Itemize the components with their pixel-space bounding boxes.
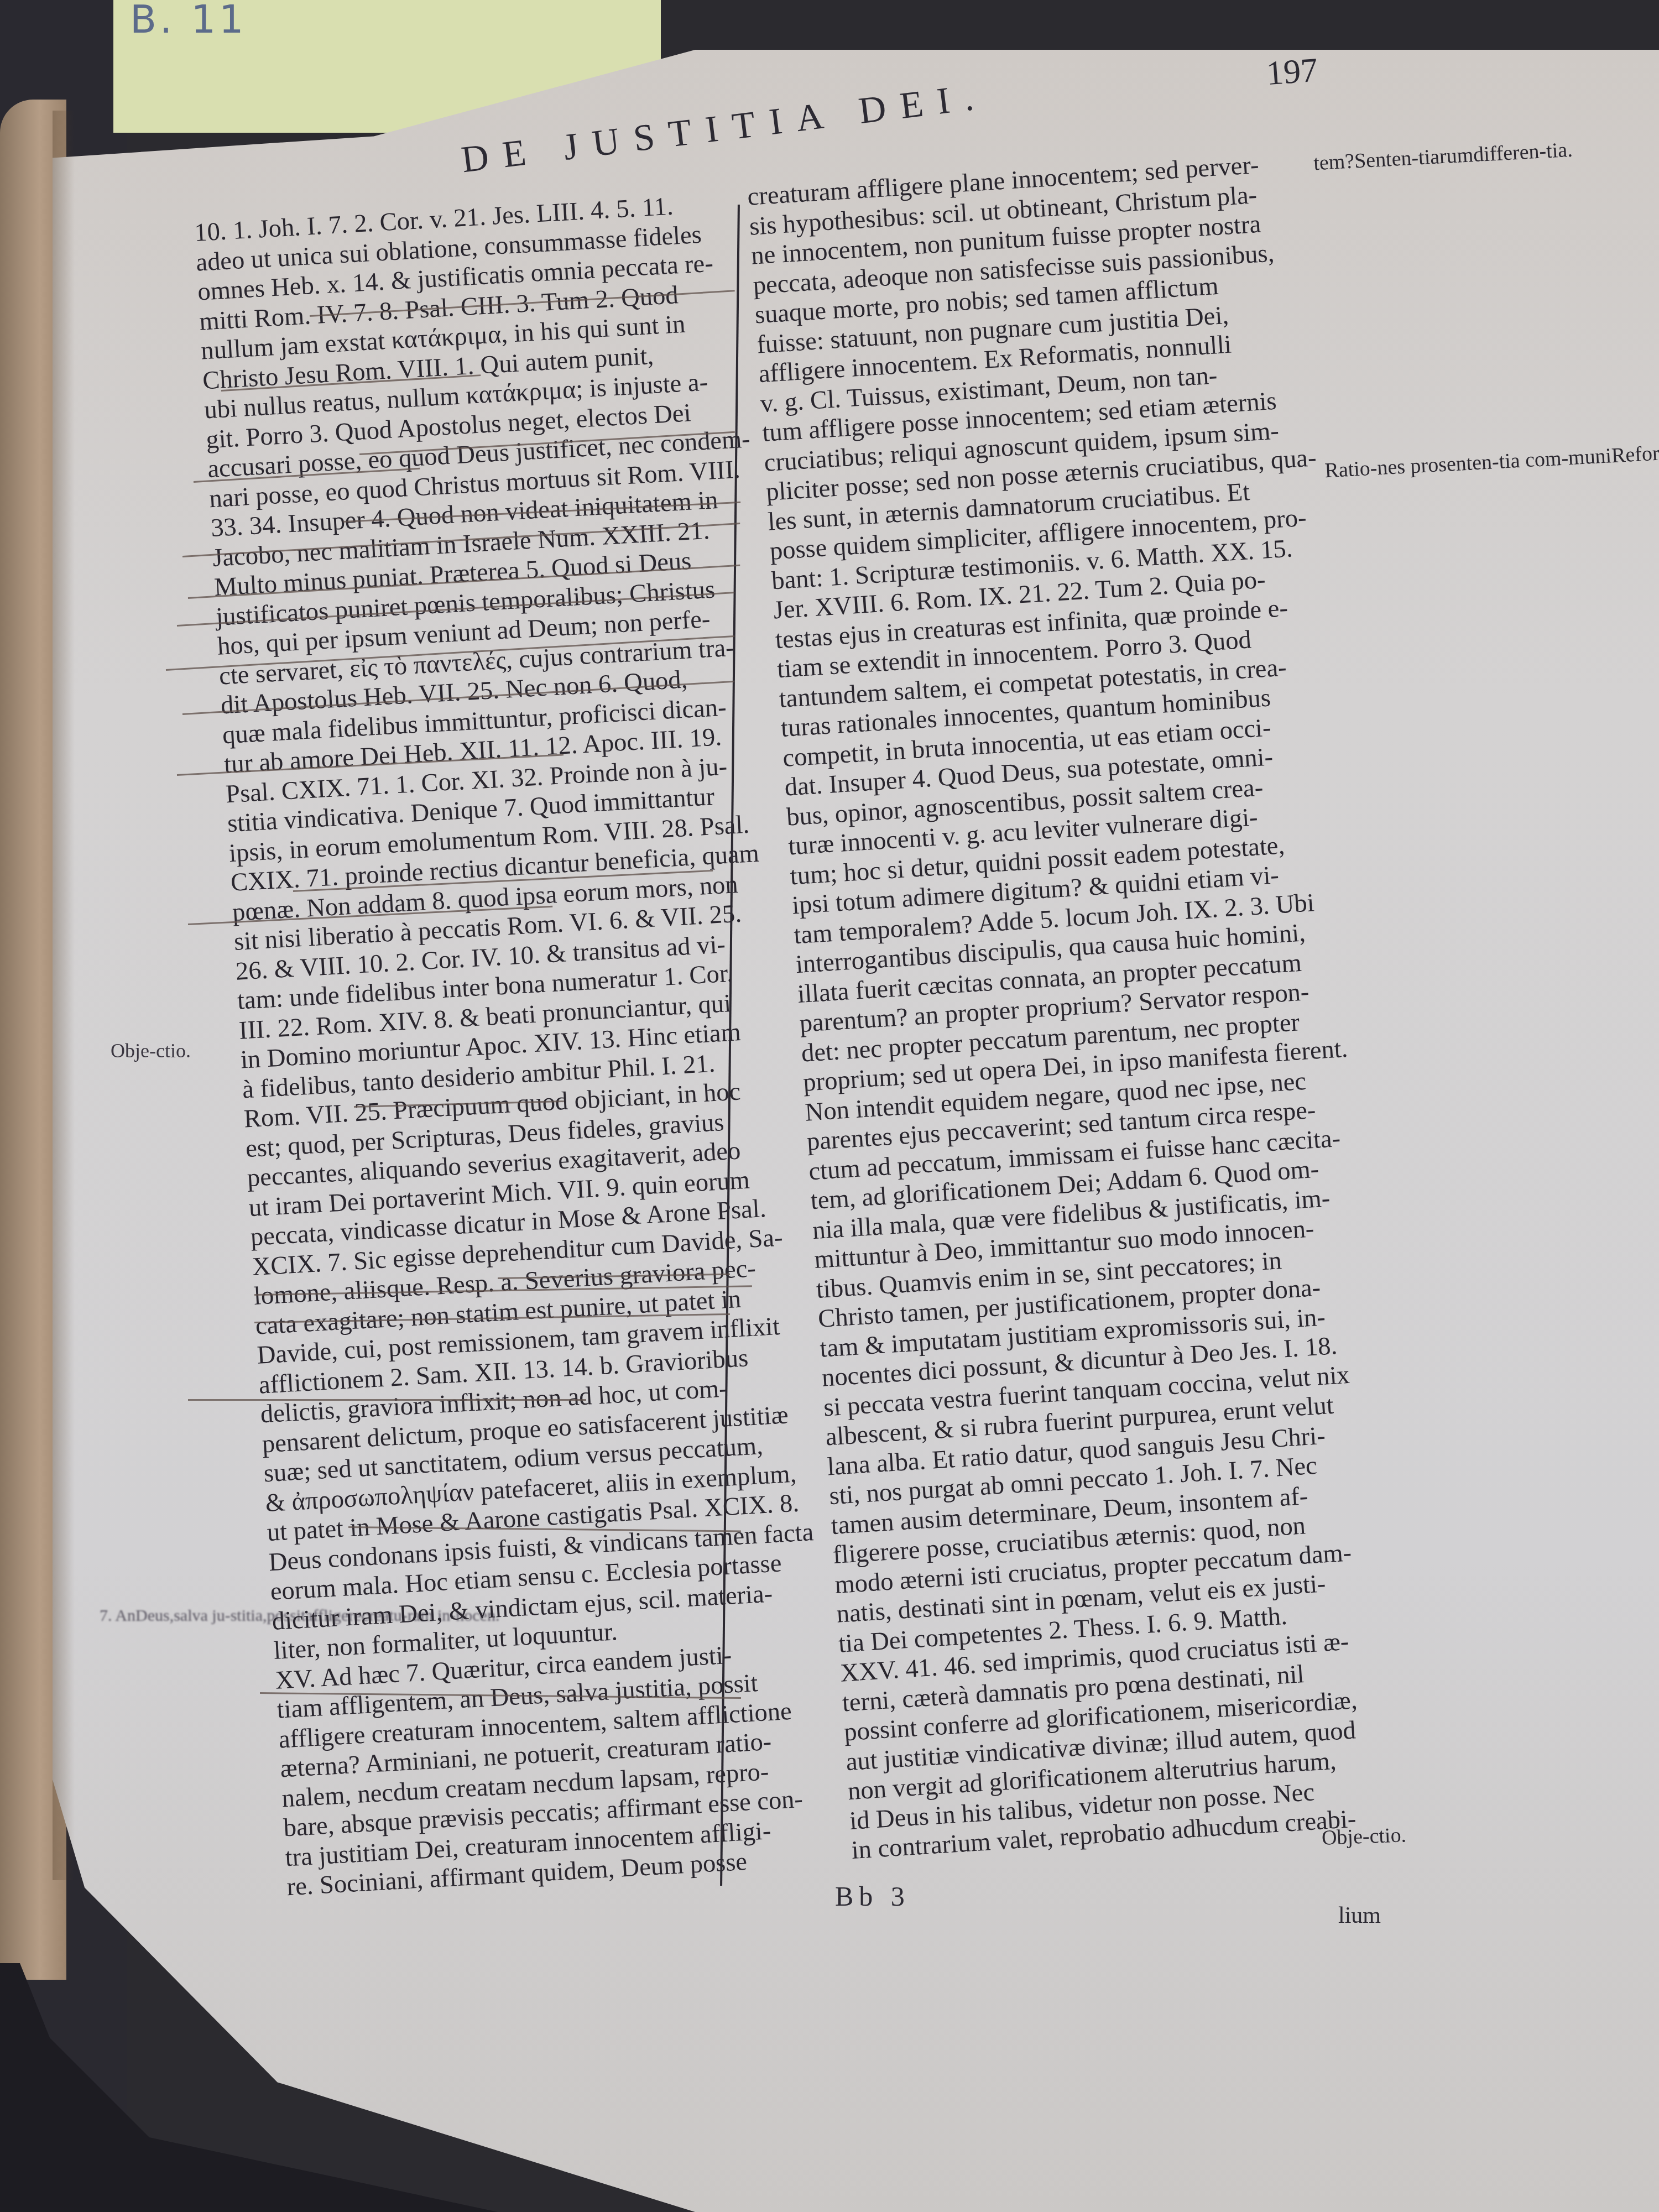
margin-note-line: Deus, bbox=[135, 1606, 174, 1625]
margin-note-line: tiarum bbox=[1418, 143, 1474, 169]
catchword: lium bbox=[1338, 1902, 1381, 1929]
margin-note-line: 7. An bbox=[100, 1606, 135, 1625]
margin-note-line: Refor- bbox=[1611, 441, 1659, 467]
margin-note-line: Obje- bbox=[111, 1040, 156, 1062]
margin-note-line: tem? bbox=[1313, 149, 1355, 175]
margin-note-line: senten- bbox=[1438, 450, 1500, 477]
margin-note-line: muni bbox=[1568, 444, 1612, 469]
margin-note-line: tia com- bbox=[1499, 446, 1569, 473]
margin-note-line: salva ju- bbox=[174, 1606, 230, 1625]
margin-note-line: Senten- bbox=[1354, 146, 1419, 173]
right-text-column: creaturam affligere plane innocentem; se… bbox=[747, 148, 1405, 1865]
page-number: 197 bbox=[1265, 51, 1319, 93]
margin-note-objectio-left: Obje-ctio. bbox=[111, 1040, 191, 1062]
margin-note-line: nes pro bbox=[1376, 453, 1439, 480]
gutter-shadow bbox=[53, 111, 75, 1880]
margin-note-line: differen- bbox=[1473, 139, 1547, 166]
margin-note-line: stitia, bbox=[231, 1606, 267, 1625]
sticky-note-scrawl: B. 11 bbox=[130, 0, 247, 42]
margin-note-line: ctio. bbox=[156, 1040, 191, 1062]
margin-note-line: Ratio- bbox=[1324, 456, 1378, 482]
margin-note-line: tia. bbox=[1546, 138, 1573, 163]
signature-mark: Bb 3 bbox=[835, 1880, 910, 1912]
pencil-underline bbox=[188, 1399, 586, 1401]
